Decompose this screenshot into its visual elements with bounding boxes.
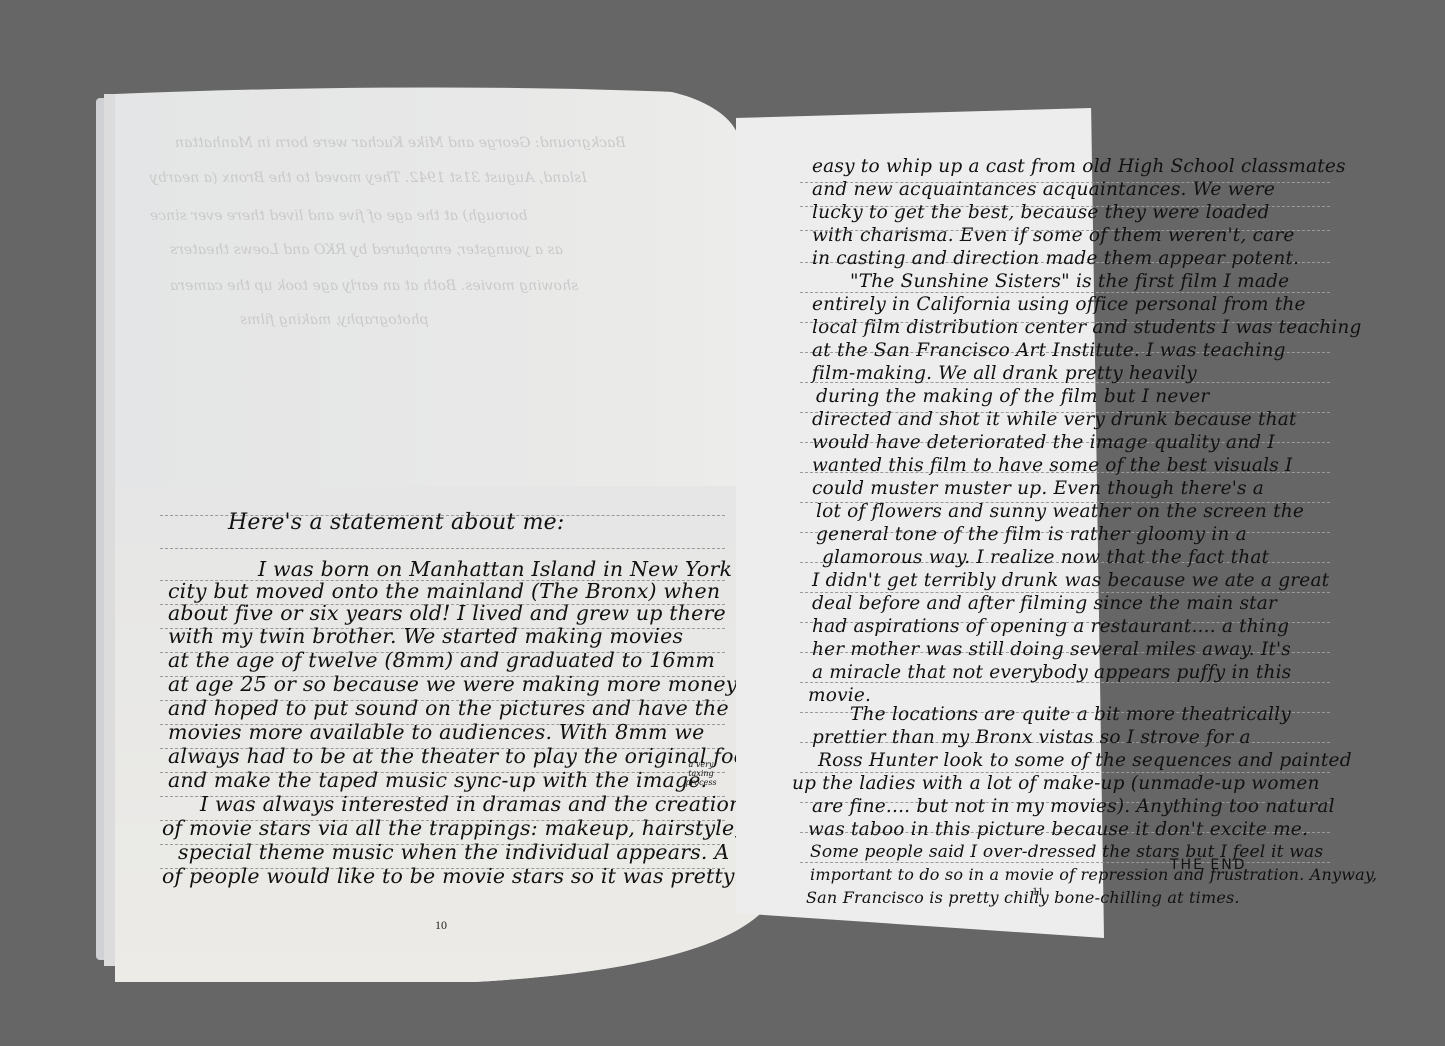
- handwritten-line: and new acquaintances acquaintances. We …: [812, 179, 1275, 200]
- handwritten-line: during the making of the film but I neve…: [816, 386, 1209, 407]
- handwritten-line: I was born on Manhattan Island in New Yo…: [258, 557, 732, 581]
- handwritten-line: easy to whip up a cast from old High Sch…: [812, 156, 1346, 177]
- margin-note: a very taxing process: [676, 760, 726, 787]
- page-number-left: 10: [435, 918, 447, 933]
- handwritten-line: general tone of the film is rather gloom…: [816, 524, 1247, 545]
- handwritten-line: entirely in California using office pers…: [812, 294, 1306, 315]
- handwritten-line: of people would like to be movie stars s…: [162, 864, 735, 888]
- handwritten-line: special theme music when the individual …: [178, 840, 764, 864]
- ghost-line: as a youngster, enraptured by RKO and Lo…: [170, 242, 563, 258]
- handwritten-line: at age 25 or so because we were making m…: [168, 672, 737, 696]
- handwritten-line: city but moved onto the mainland (The Br…: [168, 579, 720, 603]
- handwritten-line: directed and shot it while very drunk be…: [812, 409, 1297, 430]
- handwritten-line: had aspirations of opening a restaurant.…: [812, 616, 1289, 637]
- handwritten-line: movie.: [808, 685, 871, 706]
- handwritten-line: with my twin brother. We started making …: [168, 624, 683, 648]
- ghost-line: borough) at the age of five and lived th…: [150, 208, 527, 224]
- handwritten-line: about five or six years old! I lived and…: [168, 601, 726, 625]
- handwritten-line: I didn't get terribly drunk was because …: [812, 570, 1329, 591]
- handwritten-line: are fine.... but not in my movies). Anyt…: [812, 796, 1335, 817]
- handwritten-line: Ross Hunter look to some of the sequence…: [818, 750, 1352, 771]
- handwritten-line: at the San Francisco Art Institute. I wa…: [812, 340, 1286, 361]
- handwritten-line: at the age of twelve (8mm) and graduated…: [168, 648, 715, 672]
- handwritten-line: and hoped to put sound on the pictures a…: [168, 696, 729, 720]
- handwritten-line: up the ladies with a lot of make-up (unm…: [792, 773, 1320, 794]
- handwritten-line: lucky to get the best, because they were…: [812, 202, 1270, 223]
- handwritten-line: could muster muster up. Even though ther…: [812, 478, 1264, 499]
- handwritten-line: prettier than my Bronx vistas so I strov…: [812, 727, 1251, 748]
- handwritten-line: deal before and after filming since the …: [812, 593, 1277, 614]
- handwritten-line: with charisma. Even if some of them were…: [812, 225, 1295, 246]
- handwritten-line: important to do so in a movie of repress…: [810, 865, 1377, 884]
- statement-heading: Here's a statement about me:: [228, 510, 565, 535]
- handwritten-line: local film distribution center and stude…: [812, 317, 1362, 338]
- handwritten-line: San Francisco is pretty chilly bone-chil…: [806, 888, 1240, 907]
- rule-line: [800, 292, 1330, 293]
- handwritten-line: in casting and direction made them appea…: [812, 248, 1299, 269]
- rule-line: [800, 862, 1330, 863]
- ghost-line: showing movies. Both at an early age too…: [170, 278, 578, 294]
- ghost-line: Island, August 31st 1942. They moved to …: [150, 170, 587, 186]
- ghost-line: photography, making films: [240, 312, 429, 328]
- handwritten-line: of movie stars via all the trappings: ma…: [162, 816, 741, 840]
- handwritten-line: glamorous way. I realize now that the fa…: [822, 547, 1269, 568]
- handwritten-line: lot of flowers and sunny weather on the …: [816, 501, 1304, 522]
- rule-line: [160, 548, 725, 549]
- handwritten-line: "The Sunshine Sisters" is the first film…: [850, 271, 1289, 292]
- handwritten-line: her mother was still doing several miles…: [812, 639, 1291, 660]
- handwritten-line: film-making. We all drank pretty heavily: [812, 363, 1197, 384]
- handwritten-line: The locations are quite a bit more theat…: [850, 704, 1291, 725]
- handwritten-line: I was always interested in dramas and th…: [200, 792, 742, 816]
- page-number-right: 11: [1032, 884, 1044, 899]
- handwritten-line: would have deteriorated the image qualit…: [812, 432, 1275, 453]
- handwritten-line: a miracle that not everybody appears puf…: [812, 662, 1291, 683]
- open-booklet-spread: Background: George and Mike Kuchar were …: [0, 0, 1445, 1046]
- handwritten-line: was taboo in this picture because it don…: [808, 819, 1308, 840]
- handwritten-line: movies more available to audiences. With…: [168, 720, 704, 744]
- the-end-text: THE END: [1170, 857, 1246, 873]
- handwritten-line: wanted this film to have some of the bes…: [812, 455, 1293, 476]
- ghost-line: Background: George and Mike Kuchar were …: [175, 135, 626, 151]
- handwritten-line: and make the taped music sync-up with th…: [168, 768, 707, 792]
